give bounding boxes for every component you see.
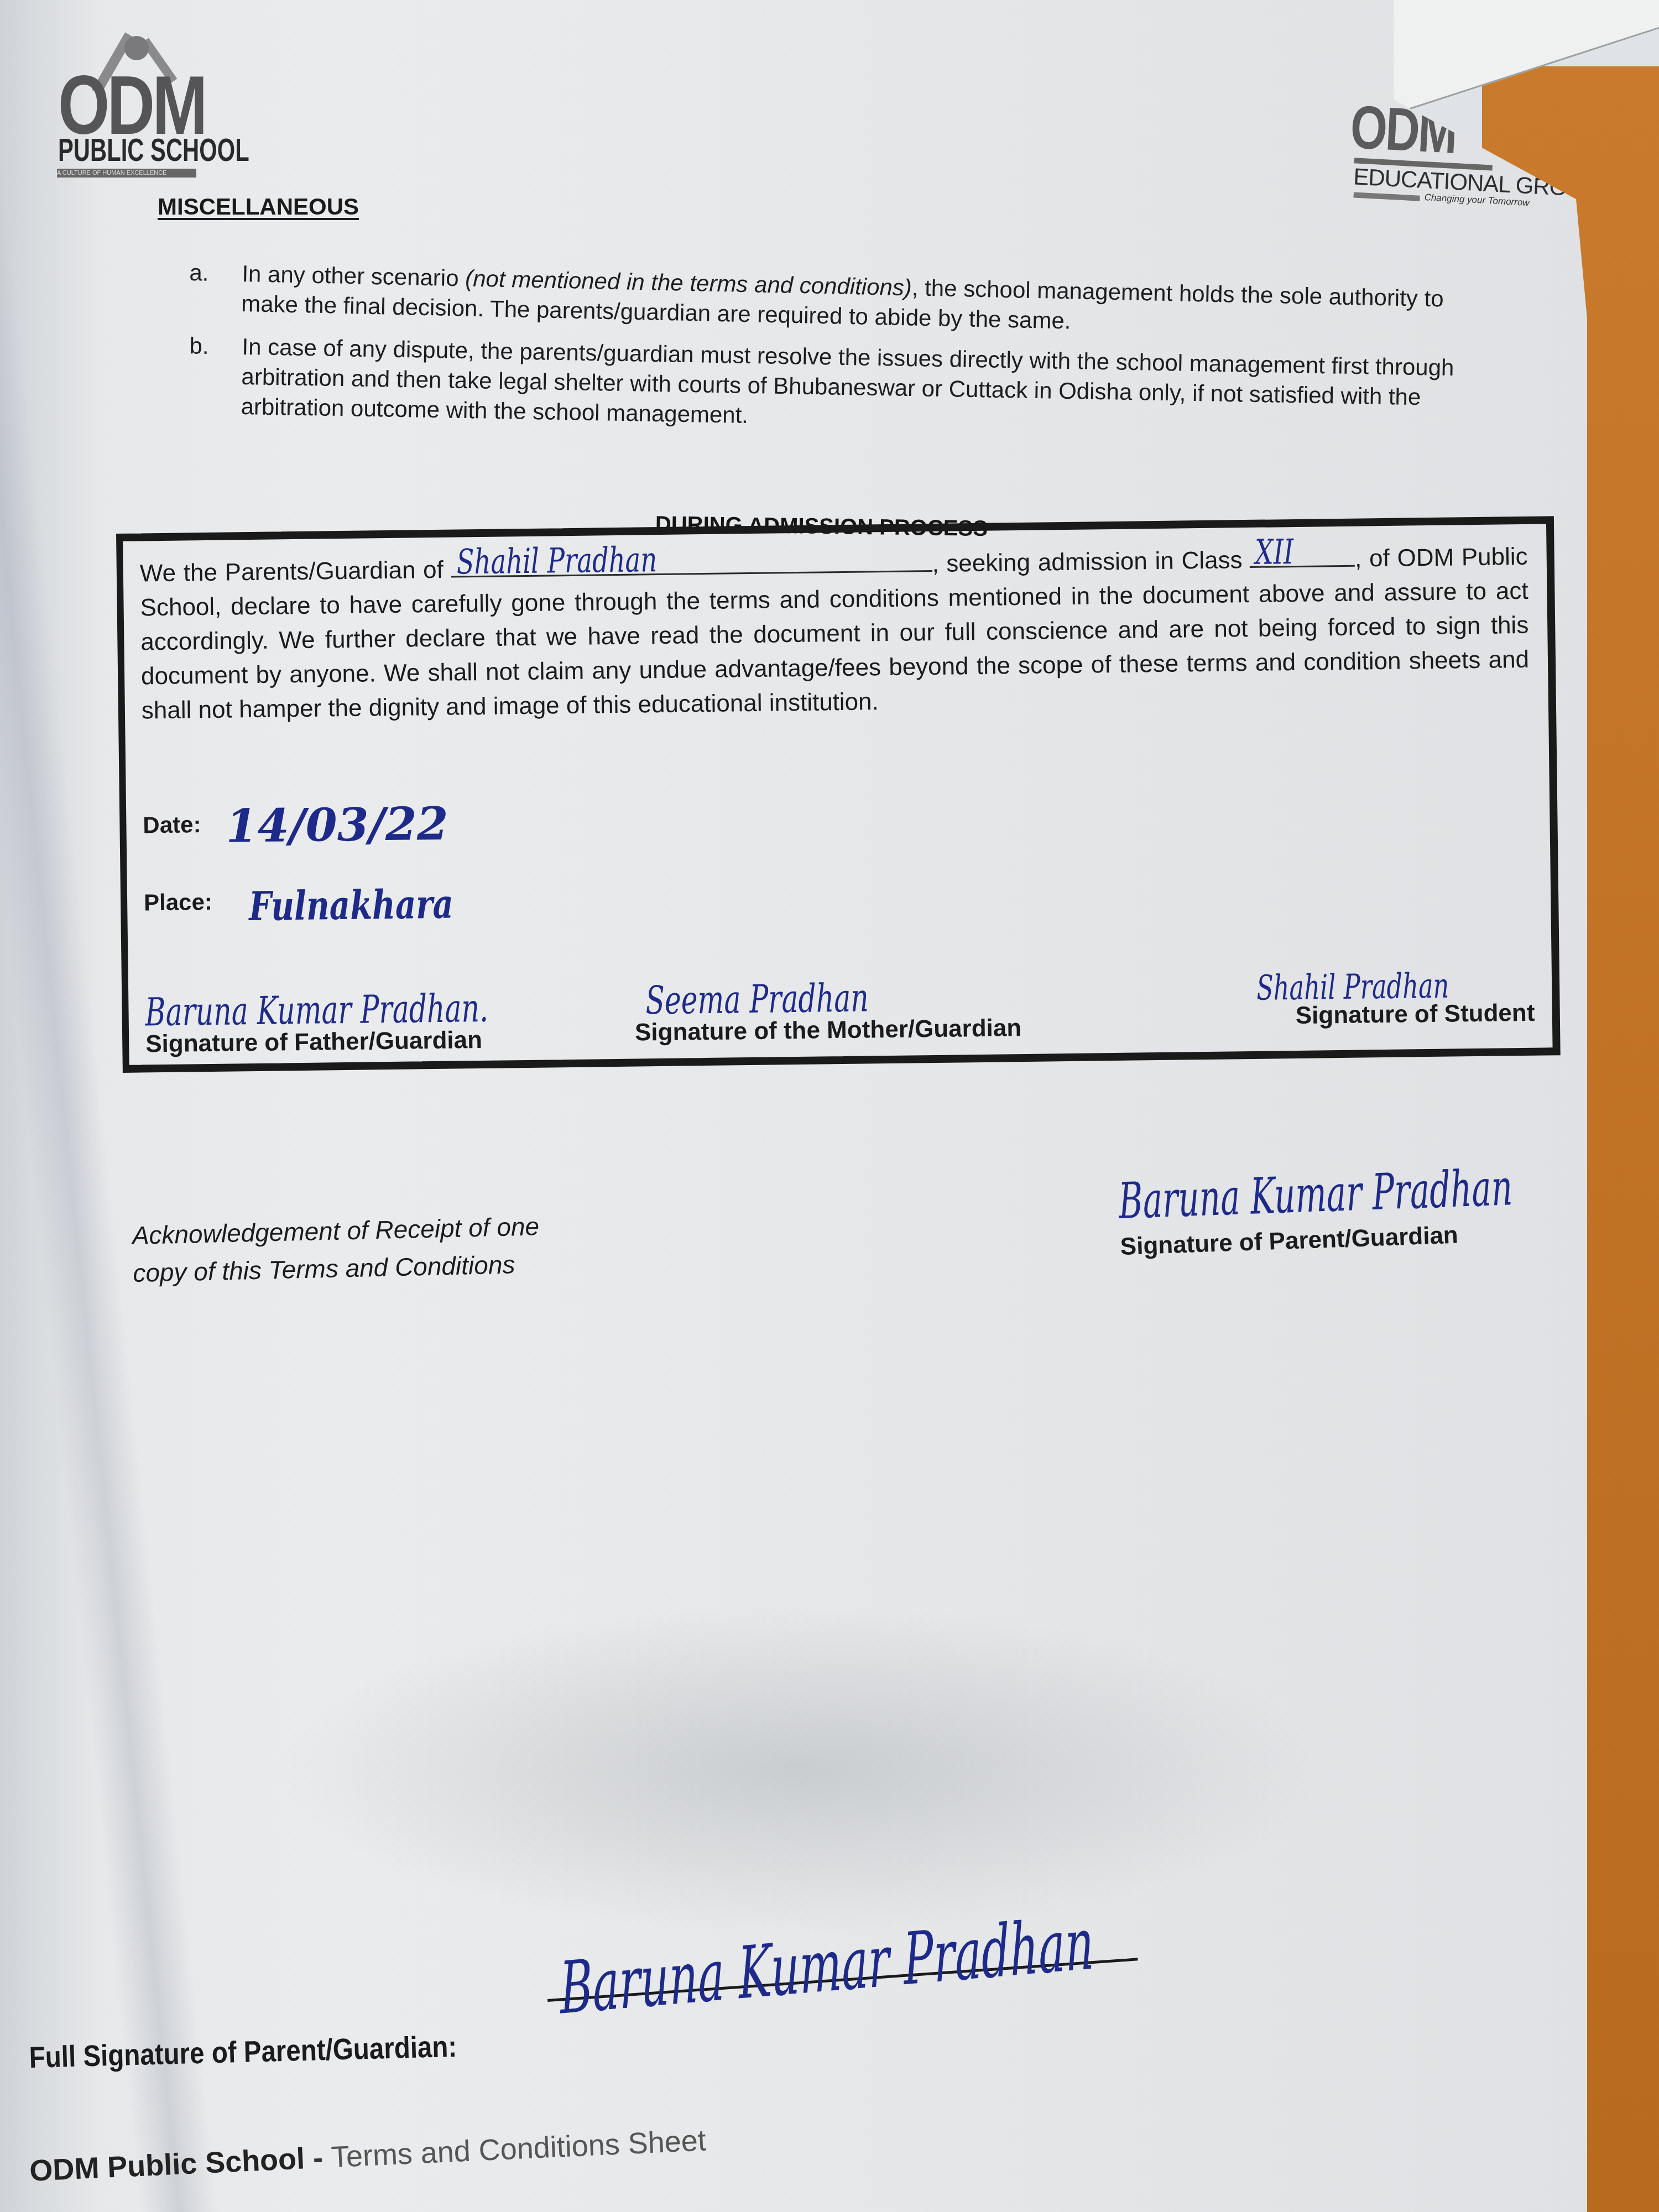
class-field[interactable]: XII bbox=[1250, 536, 1355, 568]
date-label: Date: bbox=[143, 811, 201, 838]
logo-figure-head bbox=[124, 36, 149, 60]
footer-separator: - bbox=[304, 2141, 332, 2175]
place-label: Place: bbox=[144, 889, 212, 916]
declaration-mid: , seeking admission in Class bbox=[932, 546, 1243, 577]
place-row: Place: Fulnakhara bbox=[144, 889, 212, 916]
logo-bar bbox=[1353, 192, 1420, 201]
page-footer: ODM Public School - Terms and Conditions… bbox=[29, 2123, 707, 2188]
clause-marker: b. bbox=[189, 331, 209, 361]
mother-signature-value[interactable]: Seema Pradhan bbox=[645, 975, 869, 1023]
signature-student: Shahil Pradhan Signature of Student bbox=[1296, 999, 1535, 1030]
signature-mother: Seema Pradhan Signature of the Mother/Gu… bbox=[635, 1014, 1022, 1047]
declaration-prefix: We the Parents/Guardian of bbox=[140, 556, 444, 587]
clause-text-italic: (not mentioned in the terms and conditio… bbox=[465, 265, 912, 300]
logo-subtitle: PUBLIC SCHOOL bbox=[58, 134, 249, 166]
declaration-suffix: , of bbox=[1355, 545, 1390, 572]
class-value: XII bbox=[1255, 535, 1295, 570]
clause-text: In case of any dispute, the parents/guar… bbox=[241, 333, 1454, 428]
acknowledgement-signature: Baruna Kumar Pradhan Signature of Parent… bbox=[1120, 1222, 1459, 1261]
footer-title: Terms and Conditions Sheet bbox=[331, 2124, 707, 2174]
document-page: ODM PUBLIC SCHOOL A CULTURE OF HUMAN EXC… bbox=[0, 0, 1587, 2212]
full-signature-row: Full Signature of Parent/Guardian: bbox=[29, 2028, 515, 2075]
date-value[interactable]: 14/03/22 bbox=[226, 797, 448, 853]
signature-father: Baruna Kumar Pradhan. Signature of Fathe… bbox=[145, 1026, 482, 1058]
acknowledgement-text: Acknowledgement of Receipt of one copy o… bbox=[132, 1207, 540, 1292]
place-value[interactable]: Fulnakhara bbox=[249, 880, 454, 930]
student-name-value: Shahil Pradhan bbox=[456, 542, 657, 579]
group-logo-name: ODM bbox=[1349, 97, 1457, 163]
clause-b: b. In case of any dispute, the parents/g… bbox=[241, 332, 1503, 444]
clause-marker: a. bbox=[189, 258, 209, 288]
parent-signature-value[interactable]: Baruna Kumar Pradhan bbox=[1118, 1159, 1514, 1230]
date-row: Date: 14/03/22 bbox=[143, 811, 201, 838]
declaration-text: We the Parents/Guardian of Shahil Pradha… bbox=[139, 534, 1530, 728]
logo-tagline: A CULTURE OF HUMAN EXCELLENCE bbox=[57, 169, 196, 178]
clause-a: a. In any other scenario (not mentioned … bbox=[241, 259, 1486, 345]
footer-school: ODM Public School bbox=[29, 2142, 305, 2188]
full-signature-label: Full Signature of Parent/Guardian: bbox=[29, 2030, 457, 2075]
shadow bbox=[276, 1604, 1327, 1936]
father-signature-value[interactable]: Baruna Kumar Pradhan. bbox=[145, 985, 488, 1035]
declaration-box: We the Parents/Guardian of Shahil Pradha… bbox=[116, 516, 1561, 1073]
section-heading-miscellaneous: MISCELLANEOUS bbox=[158, 194, 359, 220]
school-logo-left: ODM PUBLIC SCHOOL A CULTURE OF HUMAN EXC… bbox=[58, 30, 202, 185]
student-signature-value[interactable]: Shahil Pradhan bbox=[1256, 966, 1449, 1008]
student-name-field[interactable]: Shahil Pradhan bbox=[451, 541, 932, 578]
clause-text: In any other scenario bbox=[242, 260, 466, 291]
